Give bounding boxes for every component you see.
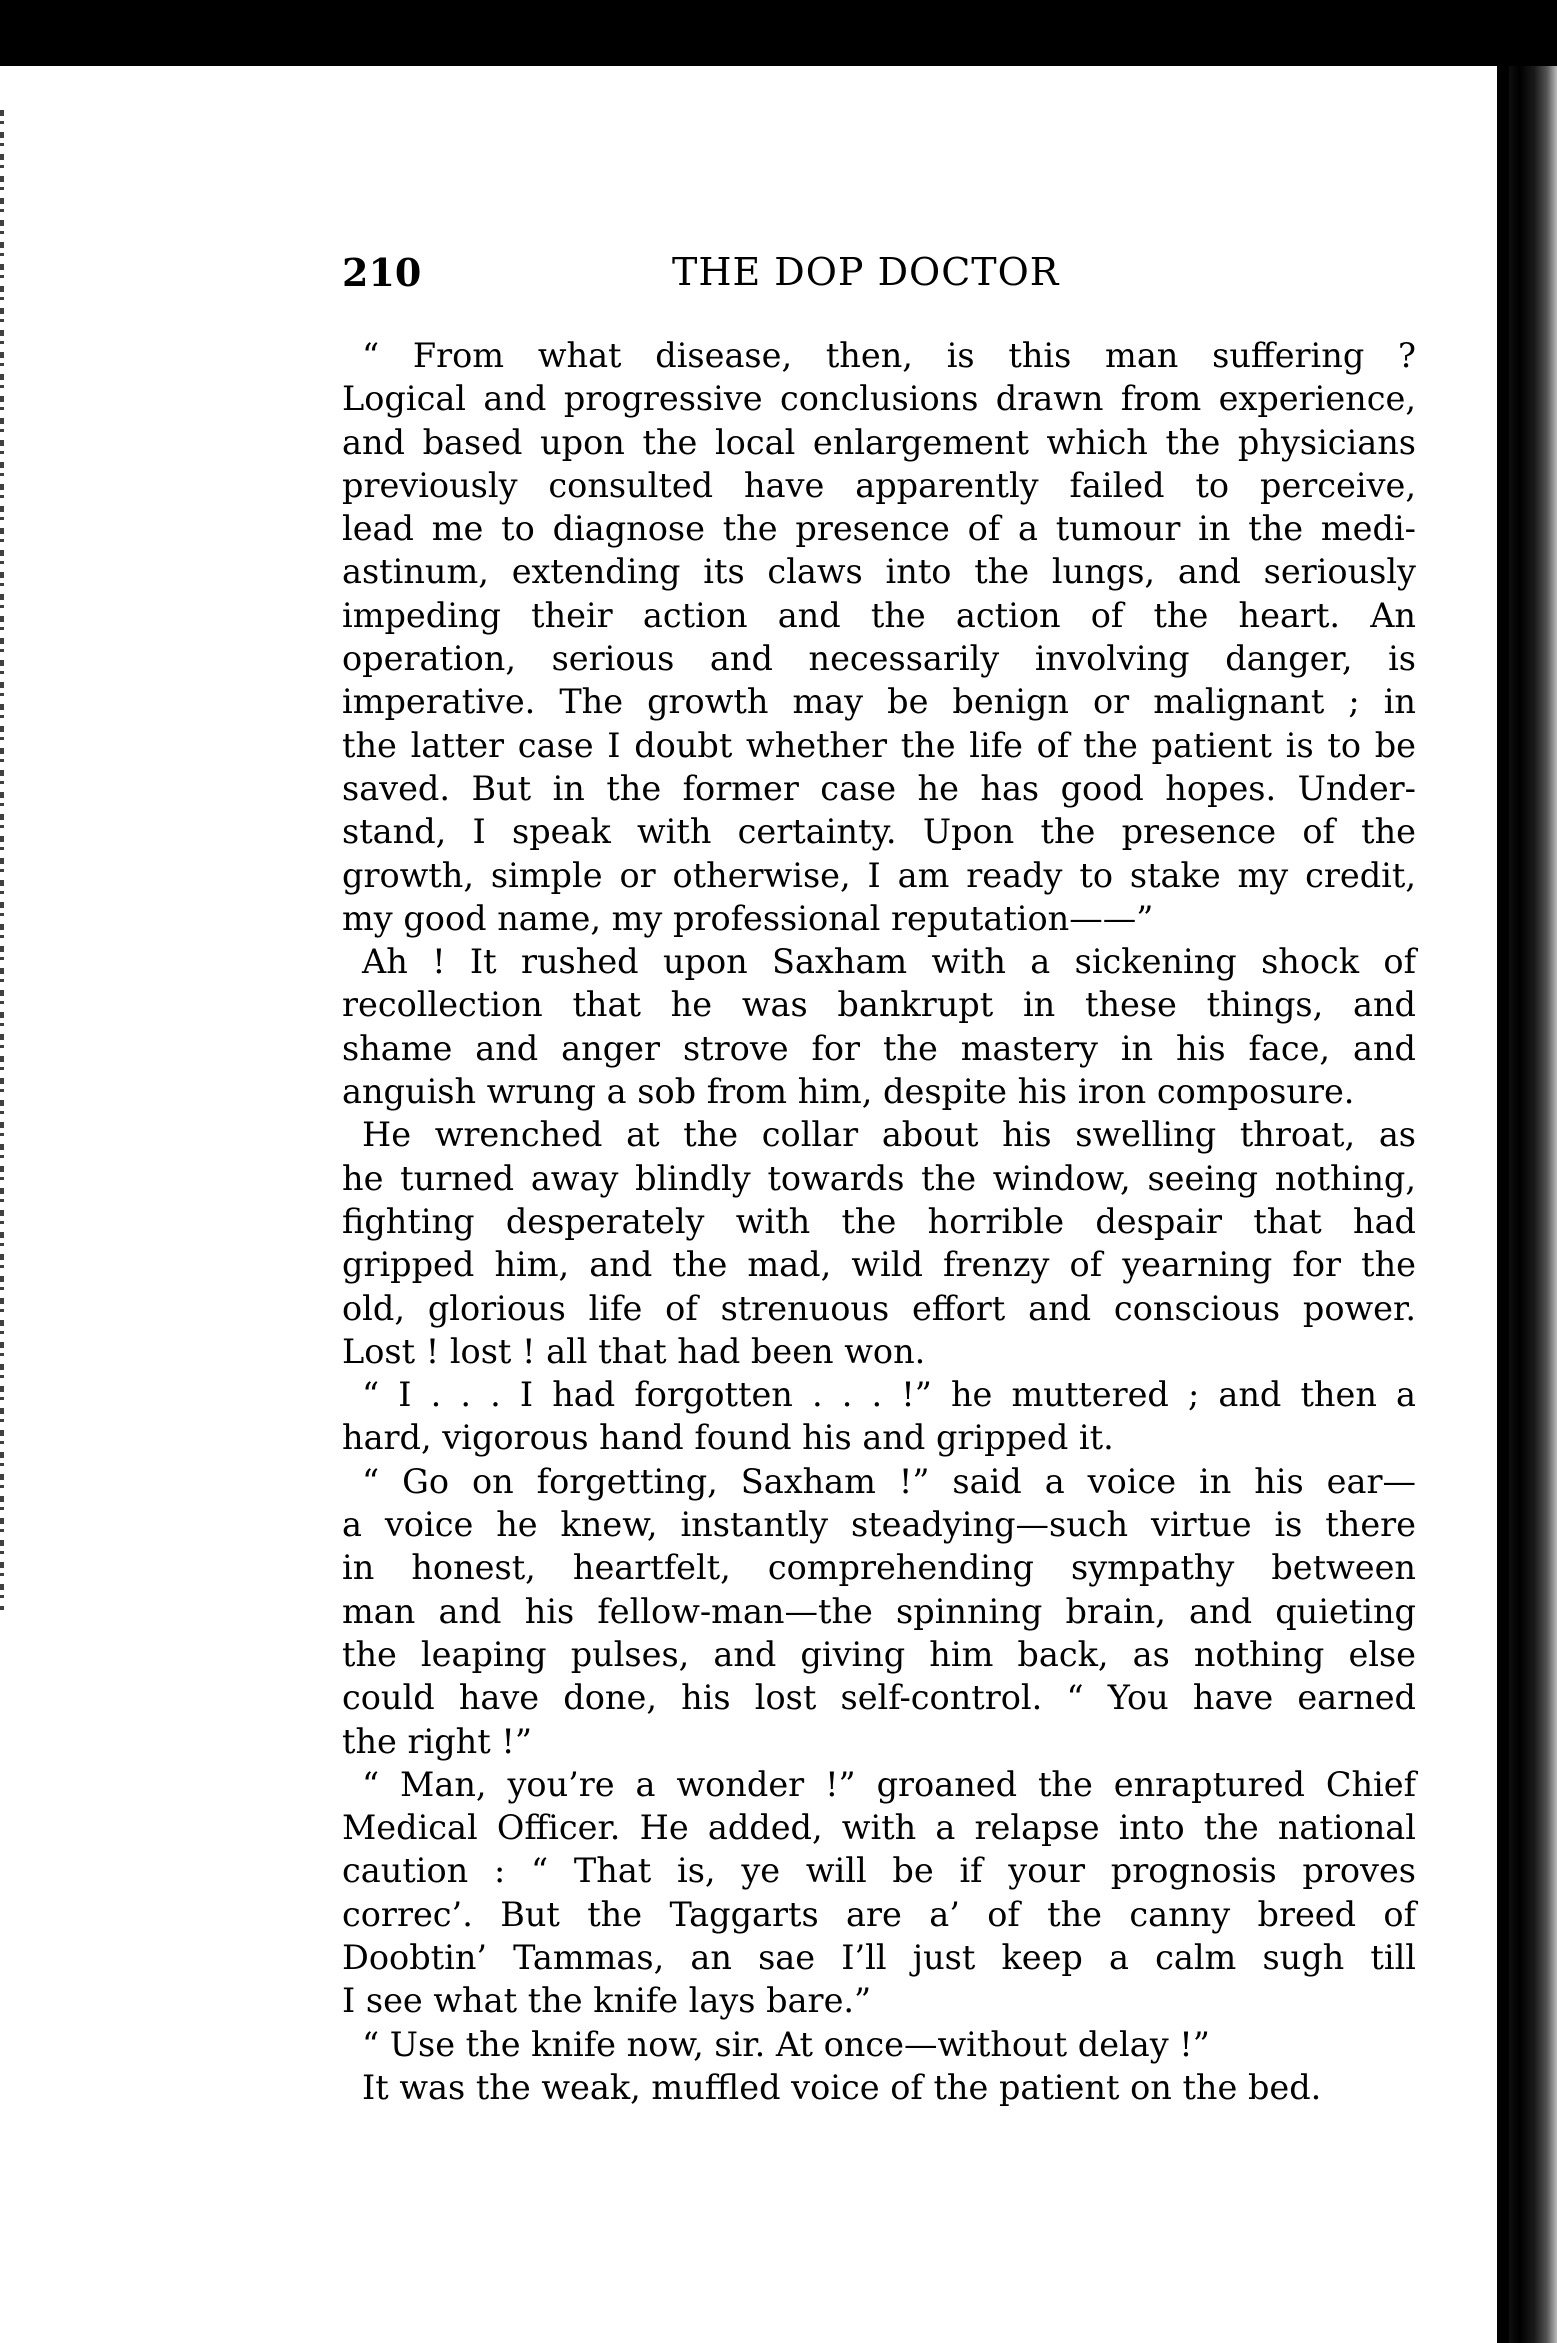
text-line: recollection that he was bankrupt in the… <box>342 983 1416 1026</box>
page-number: 210 <box>342 250 421 295</box>
text-line: the latter case I doubt whether the life… <box>342 724 1416 767</box>
text-line: correc’. But the Taggarts are a’ of the … <box>342 1893 1416 1936</box>
running-title: THE DOP DOCTOR <box>672 250 1059 294</box>
text-line: Ah ! It rushed upon Saxham with a sicken… <box>342 940 1416 983</box>
text-line: previously consulted have apparently fai… <box>342 464 1416 507</box>
text-line: and based upon the local enlargement whi… <box>342 421 1416 464</box>
text-line: Doobtin’ Tammas, an sae I’ll just keep a… <box>342 1936 1416 1979</box>
text-line: in honest, heartfelt, comprehending symp… <box>342 1546 1416 1589</box>
scan-left-gutter-noise <box>0 110 4 1610</box>
scan-right-page-edge <box>1507 66 1557 2343</box>
text-line: lead me to diagnose the presence of a tu… <box>342 507 1416 550</box>
text-line: saved. But in the former case he has goo… <box>342 767 1416 810</box>
text-line: stand, I speak with certainty. Upon the … <box>342 810 1416 853</box>
text-line: Lost ! lost ! all that had been won. <box>342 1330 1416 1373</box>
text-line: impeding their action and the action of … <box>342 594 1416 637</box>
text-line: Medical Officer. He added, with a relaps… <box>342 1806 1416 1849</box>
text-line: growth, simple or otherwise, I am ready … <box>342 854 1416 897</box>
body-text: “ From what disease, then, is this man s… <box>342 334 1416 2109</box>
text-line: could have done, his lost self-control. … <box>342 1676 1416 1719</box>
text-line: he turned away blindly towards the windo… <box>342 1157 1416 1200</box>
page-header: 210 THE DOP DOCTOR <box>342 250 1416 310</box>
text-line: a voice he knew, instantly steadying—suc… <box>342 1503 1416 1546</box>
text-line: hard, vigorous hand found his and grippe… <box>342 1416 1416 1459</box>
text-line: “ Use the knife now, sir. At once—withou… <box>342 2023 1416 2066</box>
text-line: gripped him, and the mad, wild frenzy of… <box>342 1243 1416 1286</box>
scan-right-shadow <box>1497 66 1509 2343</box>
text-line: shame and anger strove for the mastery i… <box>342 1027 1416 1070</box>
text-line: man and his fellow-man—the spinning brai… <box>342 1590 1416 1633</box>
text-line: astinum, extending its claws into the lu… <box>342 550 1416 593</box>
text-line: “ I . . . I had forgotten . . . !” he mu… <box>342 1373 1416 1416</box>
text-line: the leaping pulses, and giving him back,… <box>342 1633 1416 1676</box>
text-line: fighting desperately with the horrible d… <box>342 1200 1416 1243</box>
text-line: imperative. The growth may be benign or … <box>342 680 1416 723</box>
text-line: the right !” <box>342 1720 1416 1763</box>
text-line: “ Man, you’re a wonder !” groaned the en… <box>342 1763 1416 1806</box>
text-line: It was the weak, muffled voice of the pa… <box>342 2066 1416 2109</box>
text-line: my good name, my professional reputation… <box>342 897 1416 940</box>
text-line: old, glorious life of strenuous effort a… <box>342 1287 1416 1330</box>
text-line: caution : “ That is, ye will be if your … <box>342 1849 1416 1892</box>
text-line: Logical and progressive conclusions draw… <box>342 377 1416 420</box>
text-line: anguish wrung a sob from him, despite hi… <box>342 1070 1416 1113</box>
text-line: operation, serious and necessarily invol… <box>342 637 1416 680</box>
book-page: 210 THE DOP DOCTOR “ From what disease, … <box>342 250 1416 2109</box>
text-line: “ From what disease, then, is this man s… <box>342 334 1416 377</box>
scan-top-border <box>0 0 1557 66</box>
text-line: He wrenched at the collar about his swel… <box>342 1113 1416 1156</box>
text-line: “ Go on forgetting, Saxham !” said a voi… <box>342 1460 1416 1503</box>
text-line: I see what the knife lays bare.” <box>342 1979 1416 2022</box>
